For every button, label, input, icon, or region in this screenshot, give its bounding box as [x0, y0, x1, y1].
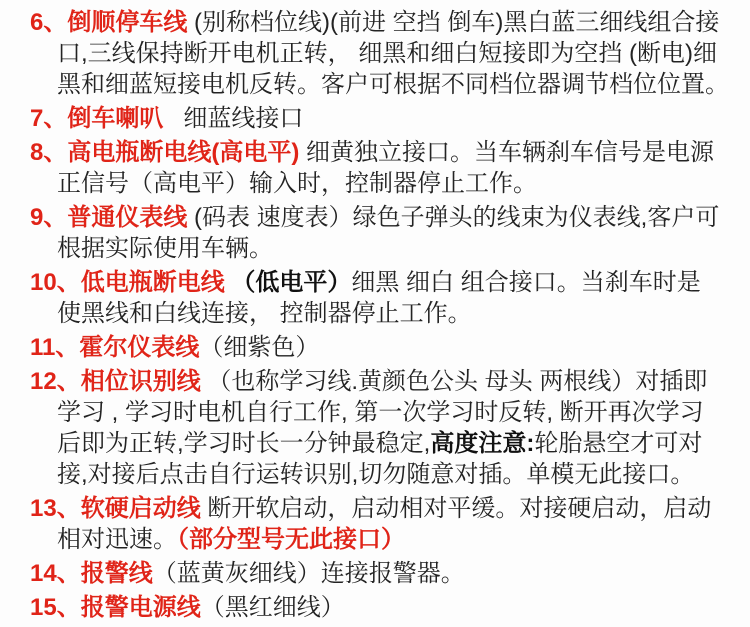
- item-text: 轮胎悬空才可对: [534, 430, 702, 457]
- item-number-title: 11、霍尔仪表线: [30, 334, 199, 361]
- item-number-title: 10、低电瓶断电线: [30, 269, 225, 296]
- text-line: 7、倒车喇叭 细蓝线接口: [0, 103, 750, 134]
- item-number-title: 8、高电瓶断电线(高电平): [30, 139, 299, 166]
- text-line: 正信号（高电平）输入时，控制器停止工作。: [0, 168, 750, 199]
- item-text-bold: 高度注意:: [430, 430, 534, 457]
- item-number-title: 9、普通仪表线: [30, 204, 187, 231]
- instruction-item-7: 7、倒车喇叭 细蓝线接口: [0, 103, 750, 134]
- instruction-item-14: 14、报警线（蓝黄灰细线）连接报警器。: [0, 558, 750, 589]
- item-text: 学习 , 学习时电机自行工作, 第一次学习时反转, 断开再次学习: [57, 399, 704, 426]
- item-number-title: 15、报警电源线: [30, 594, 201, 621]
- text-line: 接,对接后点击自行运转识别,切勿随意对插。单模无此接口。: [0, 459, 750, 490]
- text-line: 口,三线保持断开电机正转， 细黑和细白短接即为空挡 (断电)细: [0, 38, 750, 69]
- text-line: 13、软硬启动线 断开软启动，启动相对平缓。对接硬启动，启动: [0, 493, 750, 524]
- text-line: 相对迅速。（部分型号无此接口）: [0, 524, 750, 555]
- item-text: （也称学习线.黄颜色公头 母头 两根线）对插即: [201, 368, 708, 395]
- item-text-red: （部分型号无此接口）: [177, 526, 405, 553]
- item-text: 接,对接后点击自行运转识别,切勿随意对插。单模无此接口。: [57, 461, 694, 488]
- item-text: 使黑线和白线连接， 控制器停止工作。: [57, 300, 472, 327]
- item-number-title: 7、倒车喇叭: [30, 105, 163, 132]
- item-number-title: 12、相位识别线: [30, 368, 201, 395]
- item-text: （细紫色）: [199, 334, 319, 361]
- item-text: (别称档位线)(前进 空挡 倒车)黑白蓝三细线组合接: [187, 9, 719, 36]
- item-text: 根据实际使用车辆。: [57, 235, 273, 262]
- text-line: 根据实际使用车辆。: [0, 233, 750, 264]
- instruction-item-12: 12、相位识别线 （也称学习线.黄颜色公头 母头 两根线）对插即 学习 , 学习…: [0, 366, 750, 490]
- item-text: 黑和细蓝短接电机反转。客户可根据不同档位器调节档位位置。: [57, 71, 729, 98]
- item-text: 细黑 细白 组合接口。当刹车时是: [351, 269, 700, 296]
- item-text-bold: （低电平）: [225, 269, 352, 296]
- text-line: 12、相位识别线 （也称学习线.黄颜色公头 母头 两根线）对插即: [0, 366, 750, 397]
- instruction-item-15: 15、报警电源线（黑红细线）: [0, 592, 750, 623]
- instruction-item-6: 6、倒顺停车线 (别称档位线)(前进 空挡 倒车)黑白蓝三细线组合接 口,三线保…: [0, 7, 750, 100]
- text-line: 15、报警电源线（黑红细线）: [0, 592, 750, 623]
- item-text: 细蓝线接口: [163, 105, 303, 132]
- item-text: 细黄独立接口。当车辆刹车信号是电源: [299, 139, 714, 166]
- item-number-title: 6、倒顺停车线: [30, 9, 187, 36]
- text-line: 后即为正转,学习时长一分钟最稳定,高度注意:轮胎悬空才可对: [0, 428, 750, 459]
- item-number-title: 14、报警线: [30, 560, 153, 587]
- item-text: （蓝黄灰细线）连接报警器。: [153, 560, 465, 587]
- item-text: 正信号（高电平）输入时，控制器停止工作。: [57, 170, 537, 197]
- item-text: 后即为正转,学习时长一分钟最稳定,: [57, 430, 430, 457]
- item-text: 口,三线保持断开电机正转， 细黑和细白短接即为空挡 (断电)细: [57, 40, 717, 67]
- text-line: 使黑线和白线连接， 控制器停止工作。: [0, 298, 750, 329]
- text-line: 9、普通仪表线 (码表 速度表）绿色子弹头的线束为仪表线,客户可: [0, 202, 750, 233]
- text-line: 学习 , 学习时电机自行工作, 第一次学习时反转, 断开再次学习: [0, 397, 750, 428]
- instruction-item-8: 8、高电瓶断电线(高电平) 细黄独立接口。当车辆刹车信号是电源 正信号（高电平）…: [0, 137, 750, 199]
- text-line: 11、霍尔仪表线（细紫色）: [0, 332, 750, 363]
- instruction-item-13: 13、软硬启动线 断开软启动，启动相对平缓。对接硬启动，启动 相对迅速。（部分型…: [0, 493, 750, 555]
- instruction-item-9: 9、普通仪表线 (码表 速度表）绿色子弹头的线束为仪表线,客户可 根据实际使用车…: [0, 202, 750, 264]
- text-line: 10、低电瓶断电线 （低电平）细黑 细白 组合接口。当刹车时是: [0, 267, 750, 298]
- item-text: 相对迅速。: [57, 526, 177, 553]
- text-line: 6、倒顺停车线 (别称档位线)(前进 空挡 倒车)黑白蓝三细线组合接: [0, 7, 750, 38]
- item-text: 断开软启动，启动相对平缓。对接硬启动，启动: [201, 495, 712, 522]
- text-line: 8、高电瓶断电线(高电平) 细黄独立接口。当车辆刹车信号是电源: [0, 137, 750, 168]
- item-text: （黑红细线）: [201, 594, 345, 621]
- text-line: 黑和细蓝短接电机反转。客户可根据不同档位器调节档位位置。: [0, 69, 750, 100]
- instruction-item-11: 11、霍尔仪表线（细紫色）: [0, 332, 750, 363]
- text-line: 14、报警线（蓝黄灰细线）连接报警器。: [0, 558, 750, 589]
- instruction-list: 6、倒顺停车线 (别称档位线)(前进 空挡 倒车)黑白蓝三细线组合接 口,三线保…: [0, 0, 750, 627]
- instruction-item-10: 10、低电瓶断电线 （低电平）细黑 细白 组合接口。当刹车时是 使黑线和白线连接…: [0, 267, 750, 329]
- item-text: (码表 速度表）绿色子弹头的线束为仪表线,客户可: [187, 204, 719, 231]
- item-number-title: 13、软硬启动线: [30, 495, 201, 522]
